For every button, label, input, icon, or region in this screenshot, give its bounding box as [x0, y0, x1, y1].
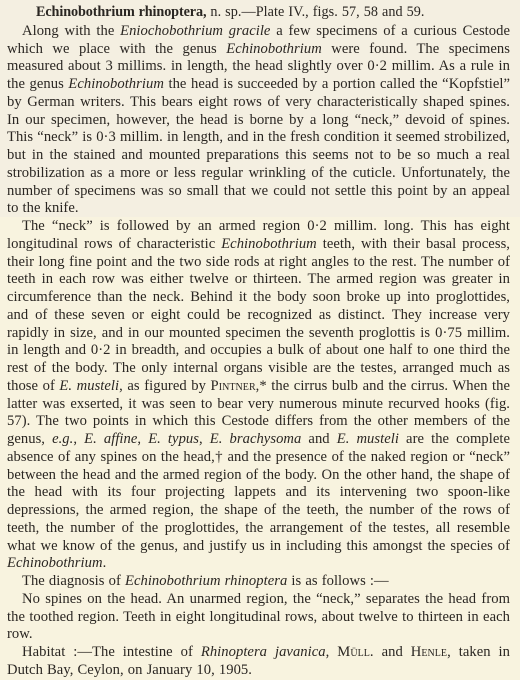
text-run: and — [301, 431, 336, 447]
italic-term: E. musteli — [59, 378, 119, 394]
italic-term: E. typus — [148, 431, 199, 447]
italic-term: E. affine — [84, 431, 137, 447]
italic-term: E. brachysoma — [210, 431, 302, 447]
text-run: , — [137, 431, 148, 447]
text-run: . — [103, 555, 107, 571]
italic-term: e.g. — [52, 431, 73, 447]
species-heading: Echinobothrium rhinoptera, n. sp.—Plate … — [7, 4, 510, 22]
text-run: teeth, with their basal process, their l… — [7, 236, 510, 394]
text-run: The diagnosis of — [22, 573, 125, 589]
text-run: , — [199, 431, 210, 447]
text-run: are the complete absence of any spines o… — [7, 431, 510, 554]
italic-term: E. musteli — [337, 431, 399, 447]
author-name: Pintner — [211, 378, 256, 394]
text-run: , as figured by — [119, 378, 210, 394]
plate-reference: n. sp.—Plate IV., figs. 57, 58 and 59. — [206, 4, 424, 20]
italic-term: Echinobothrium — [68, 76, 164, 92]
italic-term: Echinobothrium rhinoptera — [125, 573, 287, 589]
text-run: , — [73, 431, 84, 447]
italic-term: Rhinoptera javanica — [201, 644, 326, 660]
text-run: is as follows :— — [287, 573, 388, 589]
italic-term: Echinobothrium — [221, 236, 317, 252]
text-run: No spines on the head. An unarmed region… — [7, 591, 510, 643]
document-page: Echinobothrium rhinoptera, n. sp.—Plate … — [7, 4, 510, 680]
text-run: the head is succeeded by a portion calle… — [7, 76, 510, 216]
text-run: Along with the — [22, 23, 120, 39]
author-name: Müll. — [337, 644, 373, 660]
text-run: , — [326, 644, 338, 660]
paragraph-habitat: Habitat :—The intestine of Rhinoptera ja… — [7, 644, 510, 680]
species-name: Echinobothrium rhinoptera, — [36, 4, 206, 20]
paragraph-anatomy: The “neck” is followed by an armed regio… — [7, 218, 510, 573]
italic-term: Echinobothrium — [7, 555, 103, 571]
text-run: and — [374, 644, 411, 660]
text-run: Habitat :—The intestine of — [22, 644, 201, 660]
paragraph-description: Along with the Eniochobothrium gracile a… — [7, 23, 510, 218]
paragraph-diagnosis: No spines on the head. An unarmed region… — [7, 591, 510, 644]
author-name: Henle — [411, 644, 447, 660]
italic-term: Eniochobothrium gracile — [120, 23, 270, 39]
paragraph-diagnosis-intro: The diagnosis of Echinobothrium rhinopte… — [7, 573, 510, 591]
italic-term: Echinobothrium — [226, 41, 322, 57]
